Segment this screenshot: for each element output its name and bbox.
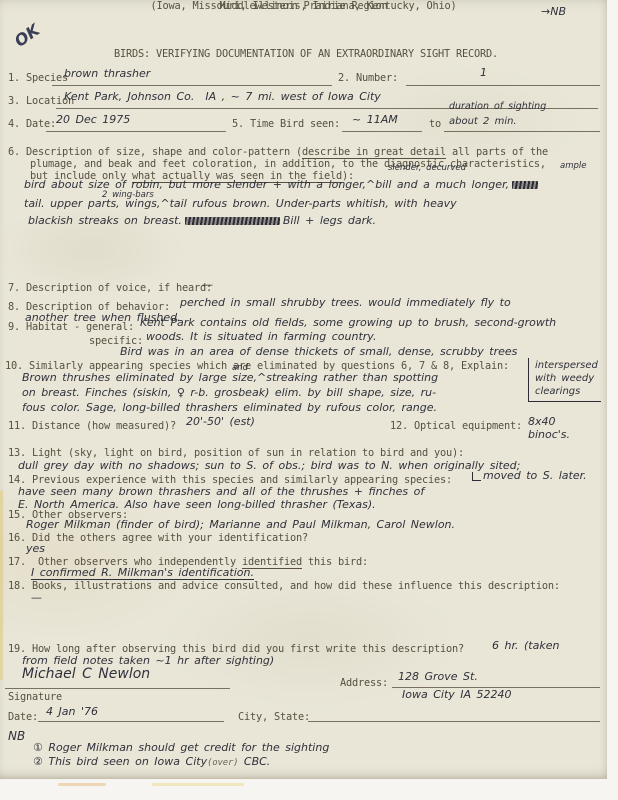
over-typed-note: (over) [207, 758, 238, 768]
q1-species-value: brown thrasher [64, 68, 150, 80]
q14-hw-inserted-text: moved to S. later. [483, 469, 587, 482]
q6-insert-bill: slender, decurved [388, 164, 466, 173]
q12-equipment-value1: 8x40 [528, 416, 556, 428]
q17-label-b: this bird: [302, 556, 368, 568]
crossed-out-phrase [185, 217, 280, 225]
date-label: Date: [8, 711, 38, 723]
insertion-bracket [472, 472, 481, 481]
q12-label: 12. Optical equipment: [390, 420, 522, 432]
nb-note-2: ② This bird seen on Iowa City(over) CBC. [33, 756, 270, 769]
q11-distance-value: 20'-50' (est) [186, 416, 255, 428]
q18-label: 18. Books, illustrations and advice cons… [8, 580, 560, 592]
q9-hw-general: Kent Park contains old fields, some grow… [140, 317, 556, 329]
scan-artifact-1 [58, 783, 106, 786]
paper-sheet: Middlewestern Prairie Region (Iowa, Miss… [0, 0, 607, 779]
q11-label: 11. Distance (how measured)? [8, 420, 176, 432]
city-state-label: City, State: [238, 711, 310, 723]
q7-label: 7. Description of voice, if heard: [8, 282, 212, 294]
q9-label: 9. Habitat - general: [8, 321, 134, 333]
q6-label-1a: 6. Description of size, shape and color-… [8, 146, 302, 158]
q5-duration-note-top: duration of sighting [449, 102, 546, 111]
nb-note-2b: CBC. [238, 755, 270, 768]
city-state-line [308, 721, 600, 722]
address-label: Address: [340, 677, 388, 689]
q4-date-value: 20 Dec 1975 [56, 114, 130, 126]
q2-number-value: 1 [480, 67, 487, 79]
nb-pointer-mark: →NB [541, 6, 566, 18]
q5-field-line-2 [444, 131, 600, 132]
q9-hw-bird-location: Bird was in an area of dense thickets of… [120, 346, 517, 358]
signature-line [5, 688, 230, 689]
q6-hw-line3: blackish streaks on breast.Bill + legs d… [28, 215, 376, 227]
q19-hw-line1: 6 hr. (taken [492, 640, 559, 652]
q2-field-line [406, 85, 600, 86]
q18-hw-dash: — [31, 592, 42, 604]
q10-margin-note: interspersedwith weedyclearings [528, 358, 601, 402]
form-title: BIRDS: VERIFYING DOCUMENTATION OF AN EXT… [114, 48, 498, 60]
q5-to-label: to [429, 118, 441, 130]
q10-margin-note-2: with weedy [535, 372, 598, 385]
q10-hw-line2: on breast. Finches (siskin, ♀ r-b. grosb… [22, 387, 436, 399]
q10-margin-note-1: interspersed [535, 359, 598, 372]
ok-handwritten-mark: OK [11, 20, 43, 50]
nb-note-1: ① Roger Milkman should get credit for th… [33, 742, 329, 754]
address-city-value: Iowa City IA 52240 [402, 689, 512, 701]
signature-handwritten: Michael C Newlon [22, 668, 150, 680]
q6-hw1-text: bird about size of robin, but more slend… [24, 178, 509, 191]
q1-label: 1. Species [8, 72, 68, 84]
q6-label-line2: plumage, and beak and feet coloration, i… [30, 158, 546, 170]
q6-label-1b: all parts of the [446, 146, 548, 158]
q4-field-line [46, 131, 226, 132]
nb-note-2a: ② This bird seen on Iowa City [33, 755, 207, 768]
q16-label: 16. Did the others agree with your ident… [8, 532, 308, 544]
q6-hw3a-text: blackish streaks on breast. [28, 214, 182, 227]
q17-hw-confirmed: I confirmed R. Milkman's identification. [31, 567, 254, 580]
q1-field-line [52, 85, 332, 86]
q16-hw-yes: yes [26, 543, 45, 555]
q10-hw-line1: Brown thrushes eliminated by large size,… [22, 372, 438, 384]
q9-hw-specific: woods. It is situated in farming country… [146, 331, 376, 343]
q14-hw-inserted: moved to S. later. [472, 470, 587, 482]
q13-hw-light: dull grey day with no shadows; sun to S.… [18, 460, 520, 472]
page-edge-yellow-strip [0, 490, 3, 680]
date-value: 4 Jan '76 [46, 706, 98, 718]
q5-duration-note-bottom: about 2 min. [449, 116, 517, 128]
scanned-form-page: Middlewestern Prairie Region (Iowa, Miss… [0, 0, 618, 800]
nb-mark: NB [8, 730, 25, 742]
form-region-states: (Iowa, Missouri, Illinois, Indiana, Kent… [0, 0, 607, 12]
q4-label: 4. Date: [8, 118, 56, 130]
q7-dash-value: — [202, 279, 213, 291]
q6-insert-tail: ample [560, 162, 586, 171]
q8-hw-line1: perched in small shrubby trees. would im… [180, 297, 511, 309]
scan-artifact-2 [152, 783, 244, 786]
crossed-out-word [512, 181, 538, 189]
q6-hw3b-text: Bill + legs dark. [283, 214, 376, 227]
q2-label: 2. Number: [338, 72, 398, 84]
q12-equipment-value2: binoc's. [528, 429, 570, 441]
q15-hw-observers: Roger Milkman (finder of bird); Marianne… [26, 519, 455, 531]
q6-hw-line2: tail. upper parts, wings,^tail rufous br… [24, 198, 457, 210]
q5-time-value: ~ 11AM [352, 114, 398, 126]
q10-margin-note-3: clearings [535, 385, 598, 398]
address-street-value: 128 Grove St. [398, 671, 478, 683]
q6-label-line1: 6. Description of size, shape and color-… [8, 146, 548, 158]
signature-label: Signature [8, 691, 62, 703]
q5-field-line-1 [342, 131, 422, 132]
q3-location-value: Kent Park, Johnson Co. IA , ~ 7 mi. west… [64, 91, 381, 103]
q5-label: 5. Time Bird seen: [232, 118, 340, 130]
date-line [38, 721, 224, 722]
q10-hw-line3: fous color. Sage, long-billed thrashers … [22, 402, 437, 414]
q14-hw-line1: have seen many brown thrashers and all o… [18, 486, 424, 498]
q13-label: 13. Light (sky, light on bird, position … [8, 447, 464, 459]
